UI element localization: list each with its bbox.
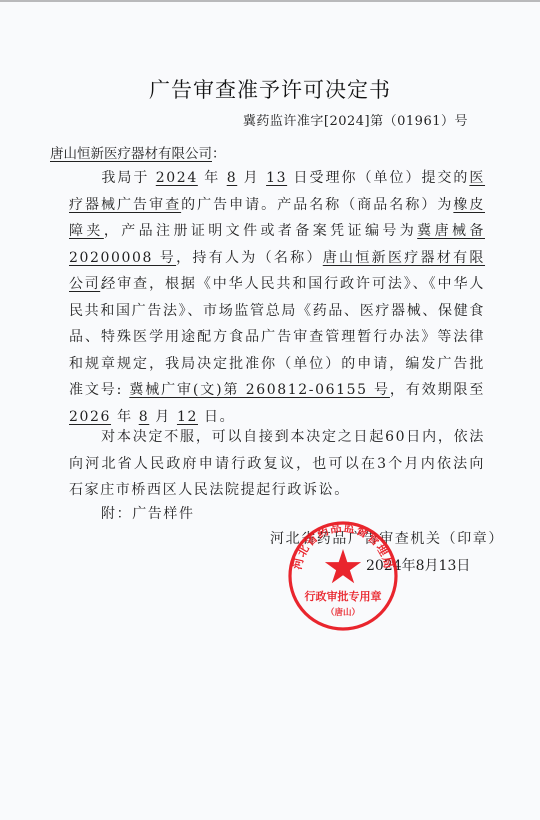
window-top-border (0, 0, 540, 2)
accept-year: 2024 (156, 170, 198, 186)
star-icon (325, 549, 361, 583)
accept-month: 8 (227, 170, 238, 186)
expiry-year: 2026 (69, 409, 111, 425)
approval-number: 冀械广审(文)第 260812-06155 号 (129, 382, 390, 398)
accept-day: 13 (266, 170, 287, 186)
document-number: 冀药监许准字[2024]第（01961）号 (243, 110, 468, 129)
expiry-day: 12 (177, 409, 198, 425)
official-seal-stamp: 河北省药品监督管理局 行政审批专用章 （唐山） (286, 519, 400, 633)
expiry-month: 8 (139, 409, 150, 425)
attachment-note: 附：广告样件 (101, 503, 195, 523)
document-title: 广告审查准予许可决定书 (0, 74, 540, 104)
svg-text:行政审批专用章: 行政审批专用章 (305, 589, 382, 603)
paragraph-appeal: 对本决定不服，可以自接到本决定之日起60日内，依法向河北省人民政府申请行政复议，… (69, 424, 485, 504)
svg-text:（唐山）: （唐山） (326, 607, 360, 618)
addressee: 唐山恒新医疗器材有限公司： (50, 142, 226, 162)
paragraph-decision: 经审查，根据《中华人民共和国行政许可法》、《中华人民共和国广告法》、市场监管总局… (69, 271, 485, 430)
addressee-name: 唐山恒新医疗器材有限公司 (50, 146, 212, 162)
